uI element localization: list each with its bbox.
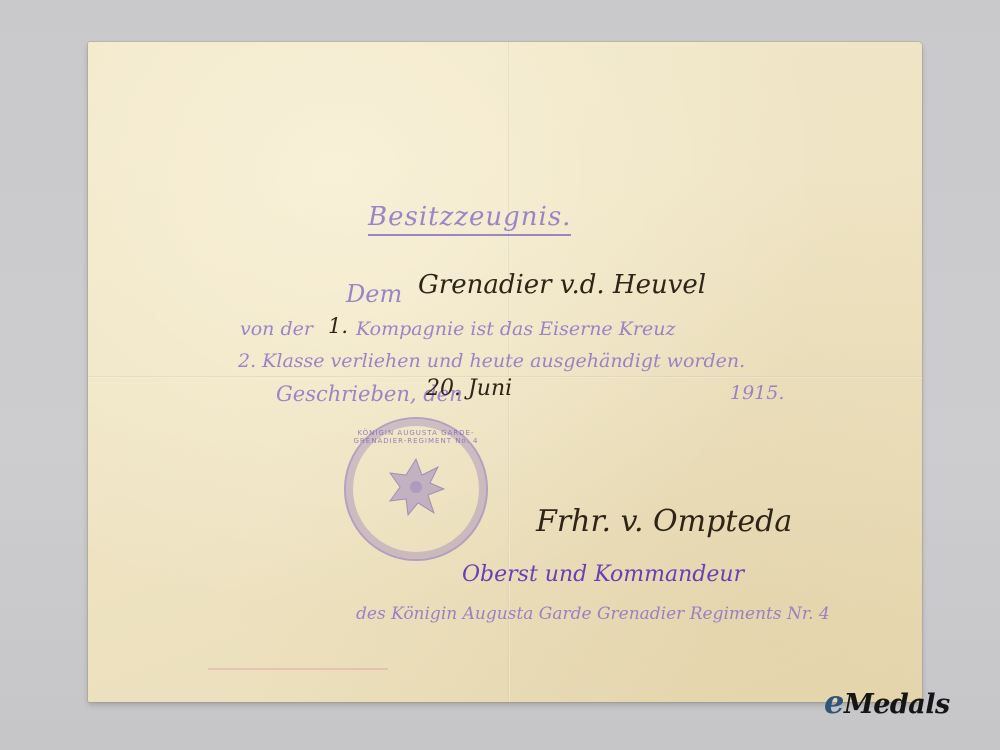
signature-title-line1: Oberst und Kommandeur [462,562,744,587]
certificate-paper: Besitzzeugnis. Dem Grenadier v.d. Heuvel… [88,42,922,702]
red-ink-mark [208,668,388,670]
emedals-watermark-logo: eMedals [824,683,950,721]
company-number: 1. [328,314,348,338]
line2-award: Kompagnie ist das Eiserne Kreuz [356,318,675,340]
logo-e: e [824,683,844,721]
line3-printed: 2. Klasse verliehen und heute ausgehändi… [238,350,745,372]
award-date: 20. Juni [426,376,512,401]
logo-text: Medals [844,689,950,720]
line1-printed: Dem [346,280,402,308]
award-year: 1915. [730,382,784,404]
commander-signature: Frhr. v. Ompteda [536,504,792,539]
line2-printed: von der [240,318,313,340]
document-title: Besitzzeugnis. [368,202,571,236]
signature-title-line2: des Königin Augusta Garde Grenadier Regi… [356,604,830,624]
fold-line-vertical [508,42,510,702]
recipient-name: Grenadier v.d. Heuvel [418,270,706,300]
star-icon [386,457,446,517]
regimental-stamp: KÖNIGIN AUGUSTA GARDE-GRENADIER-REGIMENT… [344,417,488,561]
stamp-text: KÖNIGIN AUGUSTA GARDE-GRENADIER-REGIMENT… [346,429,486,445]
